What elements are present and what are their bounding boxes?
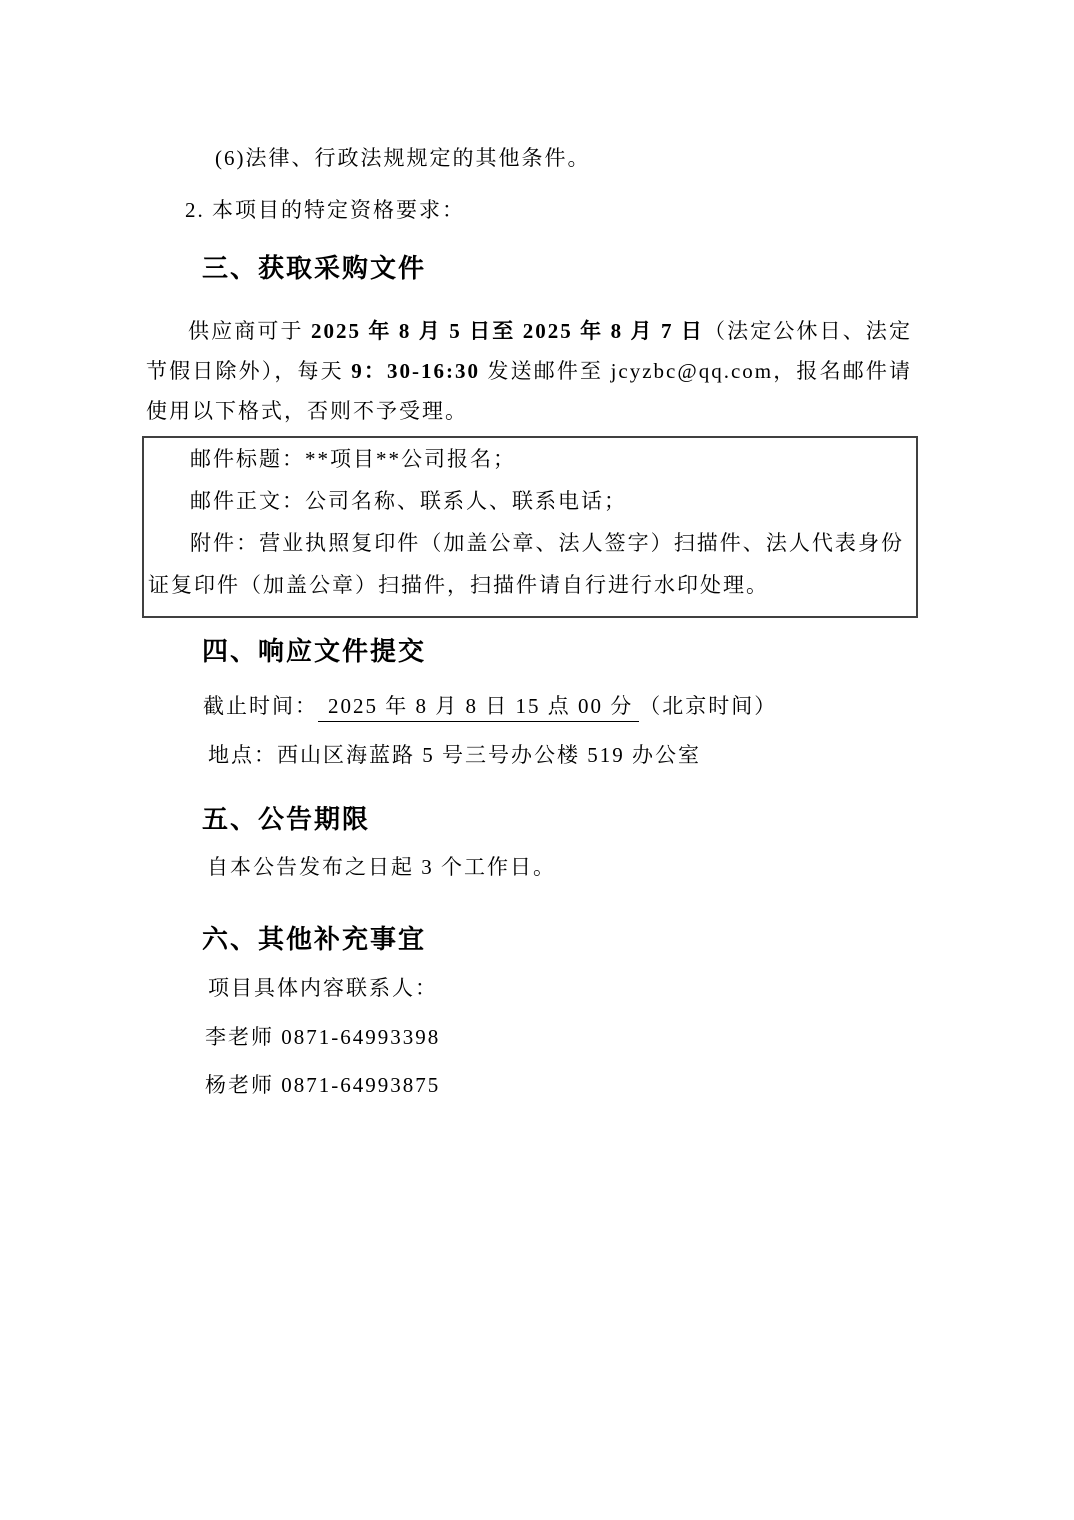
para-run-3: 发送邮件至 bbox=[480, 359, 611, 383]
time-range-bold: 9：30-16:30 bbox=[351, 359, 480, 383]
contact-intro-line: 项目具体内容联系人： bbox=[208, 976, 438, 1000]
mail-body-line: 邮件正文：公司名称、联系人、联系电话； bbox=[148, 480, 904, 522]
contact-line-yang: 杨老师 0871-64993875 bbox=[205, 1073, 440, 1097]
para-run-1: 供应商可于 bbox=[188, 319, 311, 343]
deadline-value-underlined: 2025 年 8 月 8 日 15 点 00 分 bbox=[318, 694, 639, 722]
section-3-heading: 三、获取采购文件 bbox=[202, 254, 426, 283]
section-5-heading: 五、公告期限 bbox=[202, 805, 370, 834]
mail-subject-line: 邮件标题：**项目**公司报名； bbox=[148, 438, 904, 480]
deadline-label: 截止时间： bbox=[203, 694, 318, 718]
mail-attachment-line: 附件：营业执照复印件（加盖公章、法人签字）扫描件、法人代表身份证复印件（加盖公章… bbox=[148, 522, 904, 606]
date-range-bold: 2025 年 8 月 5 日至 2025 年 8 月 7 日 bbox=[311, 319, 704, 343]
deadline-timezone: （北京时间） bbox=[639, 694, 777, 718]
contact-line-li: 李老师 0871-64993398 bbox=[205, 1025, 440, 1049]
mail-format-box: 邮件标题：**项目**公司报名； 邮件正文：公司名称、联系人、联系电话； 附件：… bbox=[142, 436, 918, 618]
document-page: (6)法律、行政法规规定的其他条件。 2. 本项目的特定资格要求： 三、获取采购… bbox=[0, 0, 1074, 1520]
paragraph-item-6: (6)法律、行政法规规定的其他条件。 bbox=[215, 146, 591, 170]
section-3-paragraph: 供应商可于 2025 年 8 月 5 日至 2025 年 8 月 7 日（法定公… bbox=[146, 311, 912, 431]
notice-period-line: 自本公告发布之日起 3 个工作日。 bbox=[207, 855, 556, 879]
deadline-line: 截止时间：2025 年 8 月 8 日 15 点 00 分（北京时间） bbox=[203, 694, 777, 718]
email-text: jcyzbc@qq.com bbox=[611, 359, 774, 383]
paragraph-item-2: 2. 本项目的特定资格要求： bbox=[185, 198, 465, 222]
location-line: 地点：西山区海蓝路 5 号三号办公楼 519 办公室 bbox=[208, 743, 701, 767]
section-4-heading: 四、响应文件提交 bbox=[202, 637, 426, 666]
section-6-heading: 六、其他补充事宜 bbox=[202, 925, 426, 954]
